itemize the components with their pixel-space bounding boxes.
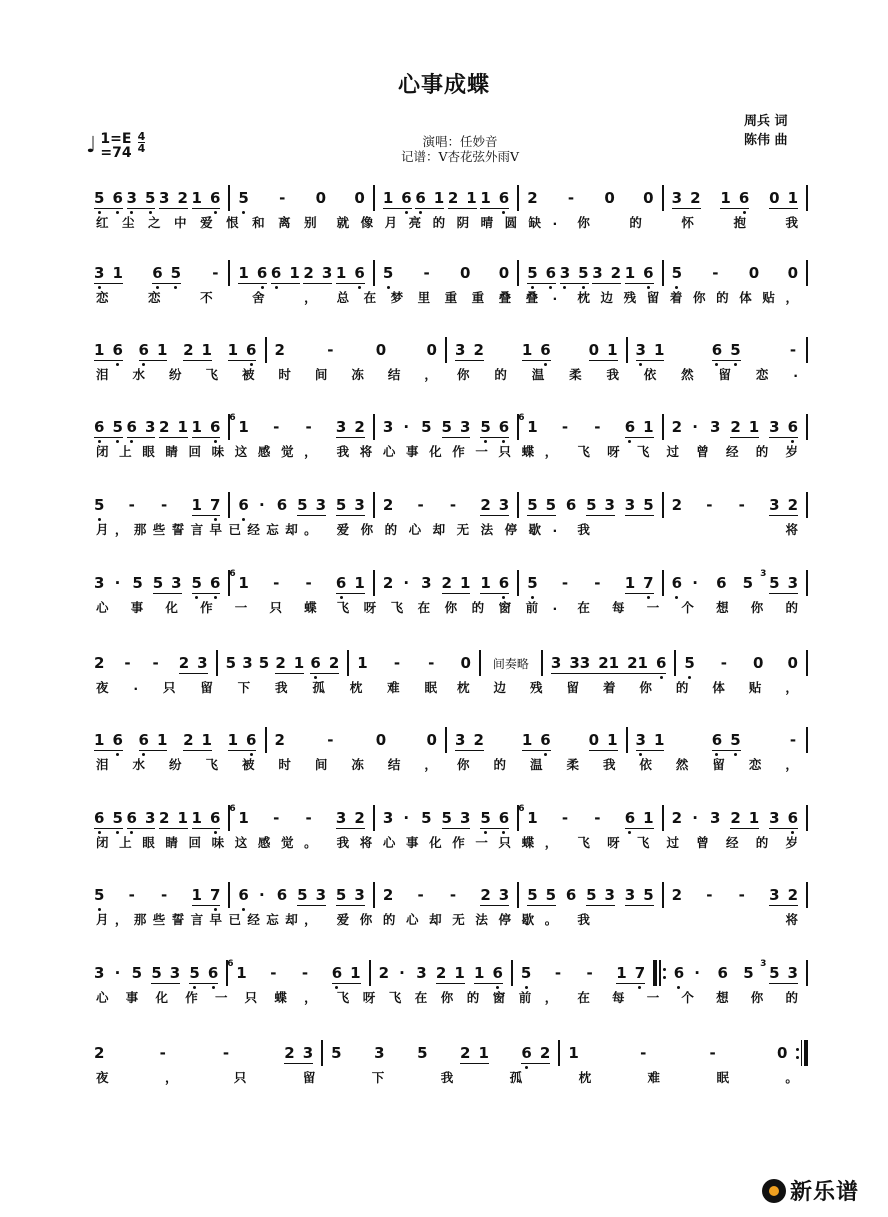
author-credits: 周兵 词 陈伟 曲 (744, 112, 788, 150)
lyric-segment: 恋恋不舍， (86, 288, 327, 310)
note: 6 (788, 418, 798, 436)
note: 0 (604, 189, 614, 207)
note: 3 (769, 886, 779, 904)
lyric-char: 停 (499, 910, 512, 932)
score-system: 166121162-003216013165-泪水纷飞被时间冻结，你的温柔我依然… (86, 335, 808, 387)
note: 1 (289, 264, 299, 282)
note: 1 (480, 574, 490, 592)
note-group: 65 (712, 731, 741, 749)
lyrics-row: 闭上眼睛回味这感觉。我将心事化作一只蝶，飞呀飞过曾经的岁 (86, 833, 808, 855)
lyric-char: 我 (577, 520, 590, 542)
note: 0 (354, 189, 364, 207)
lyric-char: 誓 (172, 910, 185, 932)
note: 0 (316, 189, 326, 207)
note: 2 (690, 189, 700, 207)
lyric-char: 眼 (142, 442, 155, 464)
note: 3 (455, 341, 465, 359)
lyric-char: 经 (726, 833, 739, 855)
vinyl-record-icon (762, 1179, 786, 1203)
lyric-char: 夜 (96, 1068, 109, 1090)
note-group: - (127, 496, 137, 514)
lyric-char: 温 (530, 755, 543, 777)
lyric-char: 枕 (457, 678, 470, 700)
note: 3 (159, 189, 169, 207)
note-group: 2 (94, 654, 104, 672)
note: - (560, 574, 570, 592)
note: · (690, 809, 700, 827)
lyric-char: 温 (532, 365, 545, 387)
lyric-char: 难 (387, 678, 400, 700)
note: 3 (127, 189, 137, 207)
note: 6 (401, 189, 411, 207)
note: 1 (336, 264, 346, 282)
note: - (553, 964, 563, 982)
note-group: 35 (625, 886, 654, 904)
lyric-char: 化 (429, 442, 442, 464)
lyric-char: 的 (629, 213, 642, 235)
note: 2 (179, 654, 189, 672)
note: 6 (625, 418, 635, 436)
lyric-char: 冻 (351, 755, 364, 777)
lyric-char: 月 (96, 910, 109, 932)
note: 6 (499, 574, 509, 592)
note: 1 (654, 731, 664, 749)
note: 3 (605, 496, 615, 514)
lyric-char: 曾 (696, 833, 709, 855)
grace-note: 6 (229, 570, 235, 579)
note-group: 21 (448, 189, 477, 207)
lyric-char: 只 (163, 678, 176, 700)
lyrics-row: 夜，只留下我孤枕难眠。 (86, 1068, 808, 1090)
note: 2 (598, 654, 608, 672)
lyric-char: 事 (406, 442, 419, 464)
note: 5 (586, 886, 596, 904)
note: 1 (568, 1044, 578, 1062)
note-group: 21 (436, 964, 465, 982)
tempo-key-marking: ♩ 1=E =74 4 4 (86, 128, 145, 164)
note: 5 (112, 809, 122, 827)
note: 3 (94, 264, 104, 282)
note-group: - (325, 341, 335, 359)
score-system: 3·5535616--612·321165--176·65533心事化作一只蝶飞… (86, 568, 808, 620)
note-group: 23 (303, 264, 332, 282)
note: 6 (139, 731, 149, 749)
measure: 16612116 (86, 725, 265, 755)
lyric-char: 法 (475, 910, 488, 932)
note: - (271, 809, 281, 827)
lyric-char: 眼 (142, 833, 155, 855)
note-group: 16 (192, 418, 221, 436)
note: 2 (159, 418, 169, 436)
lyric-char: 你 (457, 755, 470, 777)
note-group: 61 (625, 809, 654, 827)
note: 6 (208, 964, 218, 982)
note: 2 (540, 1044, 550, 1062)
lyric-char: 残 (530, 678, 543, 700)
note: 16 (527, 809, 537, 827)
note: 1 (643, 418, 653, 436)
note-group: - (221, 1044, 231, 1062)
note-group: 35 (127, 189, 156, 207)
note: 1 (94, 731, 104, 749)
notes-row: 166121162-003216013165- (86, 335, 808, 365)
note-group: 3· (94, 574, 122, 592)
note: 2 (672, 809, 682, 827)
lyric-char: 经 (247, 910, 260, 932)
note: 1 (654, 341, 664, 359)
note: 5 (730, 341, 740, 359)
lyric-char: 我 (441, 1068, 454, 1090)
lyric-char: 着 (603, 678, 616, 700)
note: 3 (769, 809, 779, 827)
lyric-char: 却 (429, 910, 442, 932)
note-group: 0 (460, 654, 470, 672)
note: 6 (246, 341, 256, 359)
lyric-char: 像 (361, 213, 374, 235)
note-group: 32 (455, 341, 484, 359)
lyric-char: 誓 (172, 520, 185, 542)
lyric-char: 冻 (351, 365, 364, 387)
note: 1 (478, 1044, 488, 1062)
note: - (304, 418, 314, 436)
note-group: 0 (376, 731, 386, 749)
lyric-char: 贴 (762, 288, 775, 310)
lyric-char: ， (545, 833, 558, 855)
note: 6 (739, 189, 749, 207)
note: 6 (499, 809, 509, 827)
lyric-char: 的 (494, 365, 507, 387)
lyric-char: 那 (134, 910, 147, 932)
lyric-char: 呀 (363, 988, 376, 1010)
lyric-char: 月 (96, 520, 109, 542)
note-group: 3 (710, 418, 720, 436)
note: 5 (578, 264, 588, 282)
note: 3 (303, 1044, 313, 1062)
note-group: 5 (132, 964, 142, 982)
lyric-char: 作 (452, 833, 465, 855)
note-group: 3· (383, 418, 411, 436)
note: 1 (749, 809, 759, 827)
note: 2 (275, 341, 285, 359)
lyric-char: 这 (235, 442, 248, 464)
measure: 2-00 (267, 725, 446, 755)
note: - (560, 809, 570, 827)
note: 6 (521, 1044, 531, 1062)
note: 5 (132, 574, 142, 592)
note: - (325, 341, 335, 359)
note: 5 (336, 886, 346, 904)
note-group: 56 (527, 264, 556, 282)
measure: 1--0 (349, 648, 479, 678)
note: 1 (177, 418, 187, 436)
lyric-char: ， (545, 988, 558, 1010)
note: 5 (527, 574, 537, 592)
lyric-char: 事 (406, 833, 419, 855)
note-group: 5 (417, 1044, 427, 1062)
note: 2 (354, 809, 364, 827)
note-group: 3 (242, 654, 252, 672)
lyric-char: 边 (600, 288, 613, 310)
note: 5 (171, 264, 181, 282)
lyric-segment: 我将心事化作一只蝶， (327, 833, 568, 855)
note: 5 (297, 886, 307, 904)
lyric-char: 将 (360, 833, 373, 855)
lyric-char: 飞 (391, 598, 404, 620)
note: 3 (769, 496, 779, 514)
note-group: 5 (383, 264, 393, 282)
note-group: 35 (560, 264, 589, 282)
key-signature: 1=E (100, 132, 131, 146)
lyric-char: 尘 (122, 213, 135, 235)
note: 5 (151, 964, 161, 982)
note: - (560, 418, 570, 436)
note: 5 (480, 809, 490, 827)
lyric-segment: 在每一个想你的 (567, 988, 808, 1010)
lyrics-row: 泪水纷飞被时间冻结，你的温柔我依然留恋， (86, 755, 808, 777)
notes-row: 2--2353521621--0 (86, 1038, 808, 1068)
note: 6 (210, 574, 220, 592)
note-group: 3· (383, 809, 411, 827)
note: 16 (238, 418, 248, 436)
measure: 3165- (628, 725, 807, 755)
note-group: - (277, 189, 287, 207)
note-group: 31 (636, 341, 665, 359)
note: 3 (145, 418, 155, 436)
lyric-char: 只 (499, 833, 512, 855)
note-group: 65 (712, 341, 741, 359)
note: - (448, 496, 458, 514)
note: 3 (94, 574, 104, 592)
lyric-char: 你 (441, 988, 454, 1010)
note: 2 (788, 886, 798, 904)
lyric-char: 心 (96, 598, 109, 620)
note: - (221, 1044, 231, 1062)
barline (806, 414, 808, 440)
barline (806, 492, 808, 518)
lyric-char: 总 (337, 288, 350, 310)
note: · (401, 574, 411, 592)
lyrics-row: 夜.只留下我孤枕难眠枕边残留着你的体贴， (86, 678, 808, 700)
note: 6 (152, 264, 162, 282)
notes-row: 3165-166123165-00563532165-00 (86, 258, 808, 288)
measure: 16--32 (230, 412, 372, 442)
note-group: 23 (480, 496, 509, 514)
note: 3 (170, 964, 180, 982)
note: 2 (383, 886, 393, 904)
note: 0 (460, 264, 470, 282)
note: 2 (730, 809, 740, 827)
note: 6 (238, 496, 248, 514)
note: 5 (480, 418, 490, 436)
measure: 5--17 (519, 568, 661, 598)
lyric-char: 些 (153, 520, 166, 542)
note: 5 (383, 264, 393, 282)
note: - (788, 341, 798, 359)
note-group: 0 (604, 189, 614, 207)
note-group: 0 (753, 654, 763, 672)
lyric-char: 歇 (522, 910, 535, 932)
note-group: 32 (672, 189, 701, 207)
note-group: 17 (625, 574, 654, 592)
note-group: - (704, 886, 714, 904)
lyric-char: 飞 (577, 833, 590, 855)
note: 1 (788, 189, 798, 207)
note: 1 (616, 964, 626, 982)
lyric-char: ， (424, 365, 437, 387)
note-group: 61 (139, 341, 168, 359)
score-system: 5--176·653532--2355653352--32月，那些誓言早已经忘却… (86, 880, 808, 932)
note: 6 (112, 341, 122, 359)
note: 5 (527, 496, 537, 514)
note: 3 (769, 418, 779, 436)
note: 1 (460, 574, 470, 592)
lyric-char: 回 (189, 442, 202, 464)
note: 1 (466, 189, 476, 207)
note: 5 (331, 1044, 341, 1062)
lyric-char: 蝶 (304, 598, 317, 620)
note-group: - (788, 341, 798, 359)
score-system: 6563211616--323·5535616--612·32136闭上眼睛回味… (86, 412, 808, 464)
lyric-char: 呀 (607, 442, 620, 464)
note-group: - (304, 809, 314, 827)
barline (806, 960, 808, 986)
note: 3 (580, 654, 590, 672)
note: - (127, 886, 137, 904)
note-group: 16 (638, 654, 667, 672)
lyric-char: 一 (215, 988, 228, 1010)
note: - (325, 731, 335, 749)
lyric-char: ， (115, 910, 128, 932)
note-group: 16 (238, 418, 248, 436)
lyric-char: 你 (693, 288, 706, 310)
score-system: 563532165-00166121162-00321601红尘之中爱恨和离别就… (86, 183, 808, 235)
lyric-segment: 爱你的心却无法停歇. (327, 520, 568, 542)
lyric-char: 枕 (577, 288, 590, 310)
lyric-segment: 心事化作一只蝶， (86, 988, 327, 1010)
note: 5 (238, 189, 248, 207)
lyric-char: 残 (624, 288, 637, 310)
lyric-char: 窗 (493, 988, 506, 1010)
note-group: 56 (480, 418, 509, 436)
measure: 5--17 (513, 958, 653, 988)
lyric-char: 一 (235, 598, 248, 620)
note-group: - (416, 496, 426, 514)
measure: 3165- (628, 335, 807, 365)
lyric-char: 窗 (499, 598, 512, 620)
note: 6 (415, 189, 425, 207)
lyric-char: 只 (245, 988, 258, 1010)
lyric-char: 中 (174, 213, 187, 235)
note-group: 32 (336, 809, 365, 827)
note: - (708, 1044, 718, 1062)
notes-row: 166121162-003216013165- (86, 725, 808, 755)
lyric-char: 睛 (165, 833, 178, 855)
note-group: 16 (720, 189, 749, 207)
lyric-char: 我 (603, 755, 616, 777)
lyric-char: 感 (258, 442, 271, 464)
note-group: 16 (192, 809, 221, 827)
score-system: 2--2353521621--0间奏略333212165-00夜.只留下我孤枕难… (86, 648, 808, 700)
note: 3 (316, 886, 326, 904)
note: 2 (354, 418, 364, 436)
note: - (304, 574, 314, 592)
lyric-char: 水 (132, 365, 145, 387)
lyric-char: ， (785, 755, 798, 777)
note: 5 (586, 496, 596, 514)
grace-note: 3 (760, 960, 766, 969)
note-group: - (737, 886, 747, 904)
note-group: 5 (743, 574, 753, 592)
note-group: - (448, 886, 458, 904)
note-group: 16 (474, 964, 503, 982)
lyric-char: 曾 (696, 442, 709, 464)
note-group: - (271, 574, 281, 592)
lyric-char: 你 (577, 213, 590, 235)
note: 6 (112, 189, 122, 207)
lyric-char: 过 (667, 442, 680, 464)
note: 6 (492, 964, 502, 982)
lyric-char: ， (304, 988, 317, 1010)
note-group: 53 (586, 886, 615, 904)
note-group: 56 (189, 964, 218, 982)
lyric-segment: 枕边残留着你的体贴， (447, 678, 808, 700)
measure: 间奏略 (481, 648, 541, 678)
lyric-char: ， (785, 288, 798, 310)
note: 53 (769, 964, 779, 982)
lyric-segment: 飞呀飞在你的窗前. (327, 598, 568, 620)
lyric-char: 蝶 (274, 988, 287, 1010)
lyric-char: 想 (716, 598, 729, 620)
brand-name: 新乐谱 (790, 1175, 859, 1206)
note-group: 3 (374, 1044, 384, 1062)
note: 0 (499, 264, 509, 282)
lyric-char: 就 (337, 213, 350, 235)
lyric-char: ， (115, 520, 128, 542)
note: 6 (94, 418, 104, 436)
note-group: 5 (226, 654, 236, 672)
note: 3 (551, 654, 561, 672)
note-group: 61 (415, 189, 444, 207)
lyric-char: 着 (670, 288, 683, 310)
note: - (158, 1044, 168, 1062)
lyric-char: 。 (785, 1068, 798, 1090)
note: 0 (427, 341, 437, 359)
measure: 65632116 (86, 803, 228, 833)
note: - (426, 654, 436, 672)
note: 0 (788, 264, 798, 282)
note-group: 5 (527, 574, 537, 592)
barline (806, 882, 808, 908)
lyric-segment: 闭上眼睛回味这感觉， (86, 442, 327, 464)
note: 6 (674, 964, 684, 982)
note: 1 (192, 418, 202, 436)
note-group: - (151, 654, 161, 672)
note: - (704, 496, 714, 514)
barline (806, 805, 808, 831)
measure: 16612316 (230, 258, 372, 288)
note: 3 (94, 964, 104, 982)
note-group: 3 (416, 964, 426, 982)
notes-row: 2--2353521621--0间奏略333212165-00 (86, 648, 808, 678)
note: 6 (546, 264, 556, 282)
note: 5 (132, 964, 142, 982)
lyric-char: 一 (647, 988, 660, 1010)
note: 2 (275, 731, 285, 749)
note-group: - (585, 964, 595, 982)
note-group: - (325, 731, 335, 749)
lyric-char: 在 (415, 988, 428, 1010)
measure: 5-00 (230, 183, 372, 213)
